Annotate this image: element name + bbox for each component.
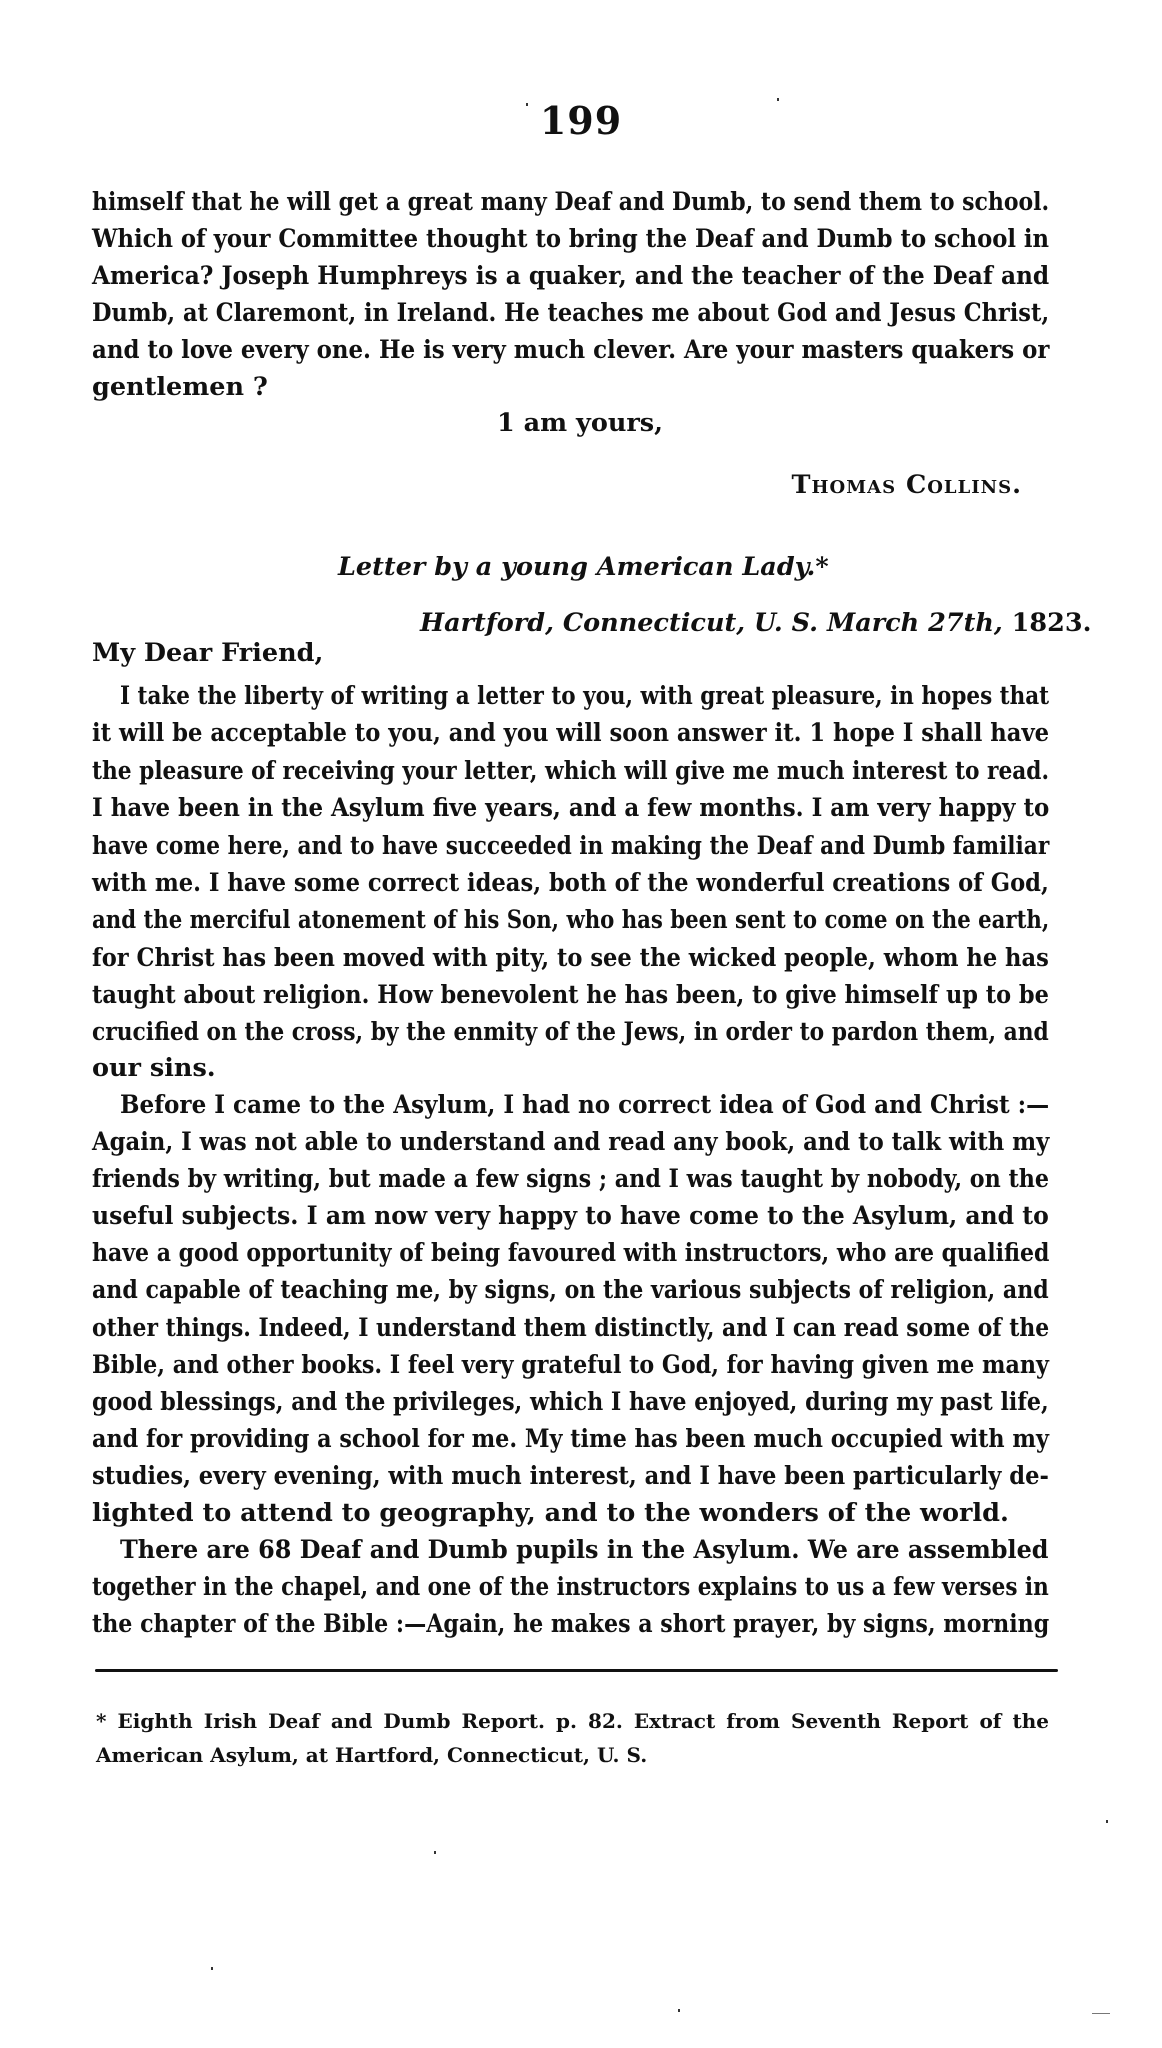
text-line: I have been in the Asylum five years, an…	[92, 789, 1049, 827]
signature: Thomas Collins.	[700, 466, 1022, 504]
dateline-year: 1823.	[1012, 608, 1092, 638]
text-line: Before I came to the Asylum, I had no co…	[120, 1086, 1049, 1124]
text-line: Bible, and other books. I feel very grat…	[92, 1346, 1049, 1384]
text-line: Dumb, at Claremont, in Ireland. He teach…	[92, 294, 1049, 332]
text-line: for Christ has been moved with pity, to …	[92, 939, 1049, 977]
letter-heading: Letter by a young American Lady.*	[338, 548, 808, 586]
text-line: and capable of teaching me, by signs, on…	[92, 1271, 1049, 1309]
text-line: I take the liberty of writing a letter t…	[120, 677, 1049, 715]
scan-speck	[526, 103, 528, 106]
text-line: with me. I have some correct ideas, both…	[92, 864, 1049, 902]
text-line: the chapter of the Bible :—Again, he mak…	[92, 1605, 1049, 1643]
text-line: There are 68 Deaf and Dumb pupils in the…	[120, 1531, 1049, 1569]
text-line: and for providing a school for me. My ti…	[92, 1420, 1049, 1458]
text-line: it will be acceptable to you, and you wi…	[92, 714, 1049, 752]
text-line: have a good opportunity of being favoure…	[92, 1234, 1049, 1272]
scan-speck	[678, 2009, 680, 2012]
text-line: our sins.	[92, 1049, 1049, 1087]
footnote-line: * Eighth Irish Deaf and Dumb Report. p. …	[96, 1704, 1049, 1738]
text-line: good blessings, and the privileges, whic…	[92, 1383, 1049, 1421]
text-line: taught about religion. How benevolent he…	[92, 976, 1049, 1014]
salutation: My Dear Friend,	[92, 634, 323, 672]
text-line: Again, I was not able to understand and …	[92, 1123, 1049, 1161]
text-line: together in the chapel, and one of the i…	[92, 1568, 1049, 1606]
text-line: the pleasure of receiving your letter, w…	[92, 752, 1049, 790]
text-line: lighted to attend to geography, and to t…	[92, 1494, 1049, 1532]
text-line: himself that he will get a great many De…	[92, 183, 1049, 221]
scan-speck	[1092, 2013, 1110, 2014]
text-line: America? Joseph Humphreys is a quaker, a…	[92, 257, 1049, 295]
scan-speck	[434, 1851, 436, 1854]
scan-speck	[211, 1967, 213, 1970]
text-line: crucified on the cross, by the enmity of…	[92, 1013, 1049, 1051]
scan-speck	[777, 98, 779, 101]
text-line: and to love every one. He is very much c…	[92, 331, 1049, 369]
text-line: friends by writing, but made a few signs…	[92, 1160, 1049, 1198]
letter-closing: 1 am yours,	[497, 404, 663, 442]
text-line: studies, every evening, with much intere…	[92, 1457, 1049, 1495]
footnote-line: American Asylum, at Hartford, Connecticu…	[96, 1738, 1049, 1772]
text-line: gentlemen ?	[92, 368, 1049, 406]
dateline-place: Hartford, Connecticut, U. S.	[420, 608, 818, 638]
dateline: Hartford, Connecticut, U. S. March 27th,…	[420, 604, 1022, 642]
page-number: 199	[0, 98, 1162, 143]
text-line: and the merciful atonement of his Son, w…	[92, 901, 1049, 939]
dateline-date: March 27th,	[827, 608, 1003, 638]
text-line: have come here, and to have succeeded in…	[92, 827, 1049, 865]
text-line: Which of your Committee thought to bring…	[92, 220, 1049, 258]
scan-speck	[1106, 1820, 1108, 1823]
text-line: useful subjects. I am now very happy to …	[92, 1197, 1049, 1235]
footnote-divider	[95, 1669, 1058, 1672]
text-line: other things. Indeed, I understand them …	[92, 1309, 1049, 1347]
